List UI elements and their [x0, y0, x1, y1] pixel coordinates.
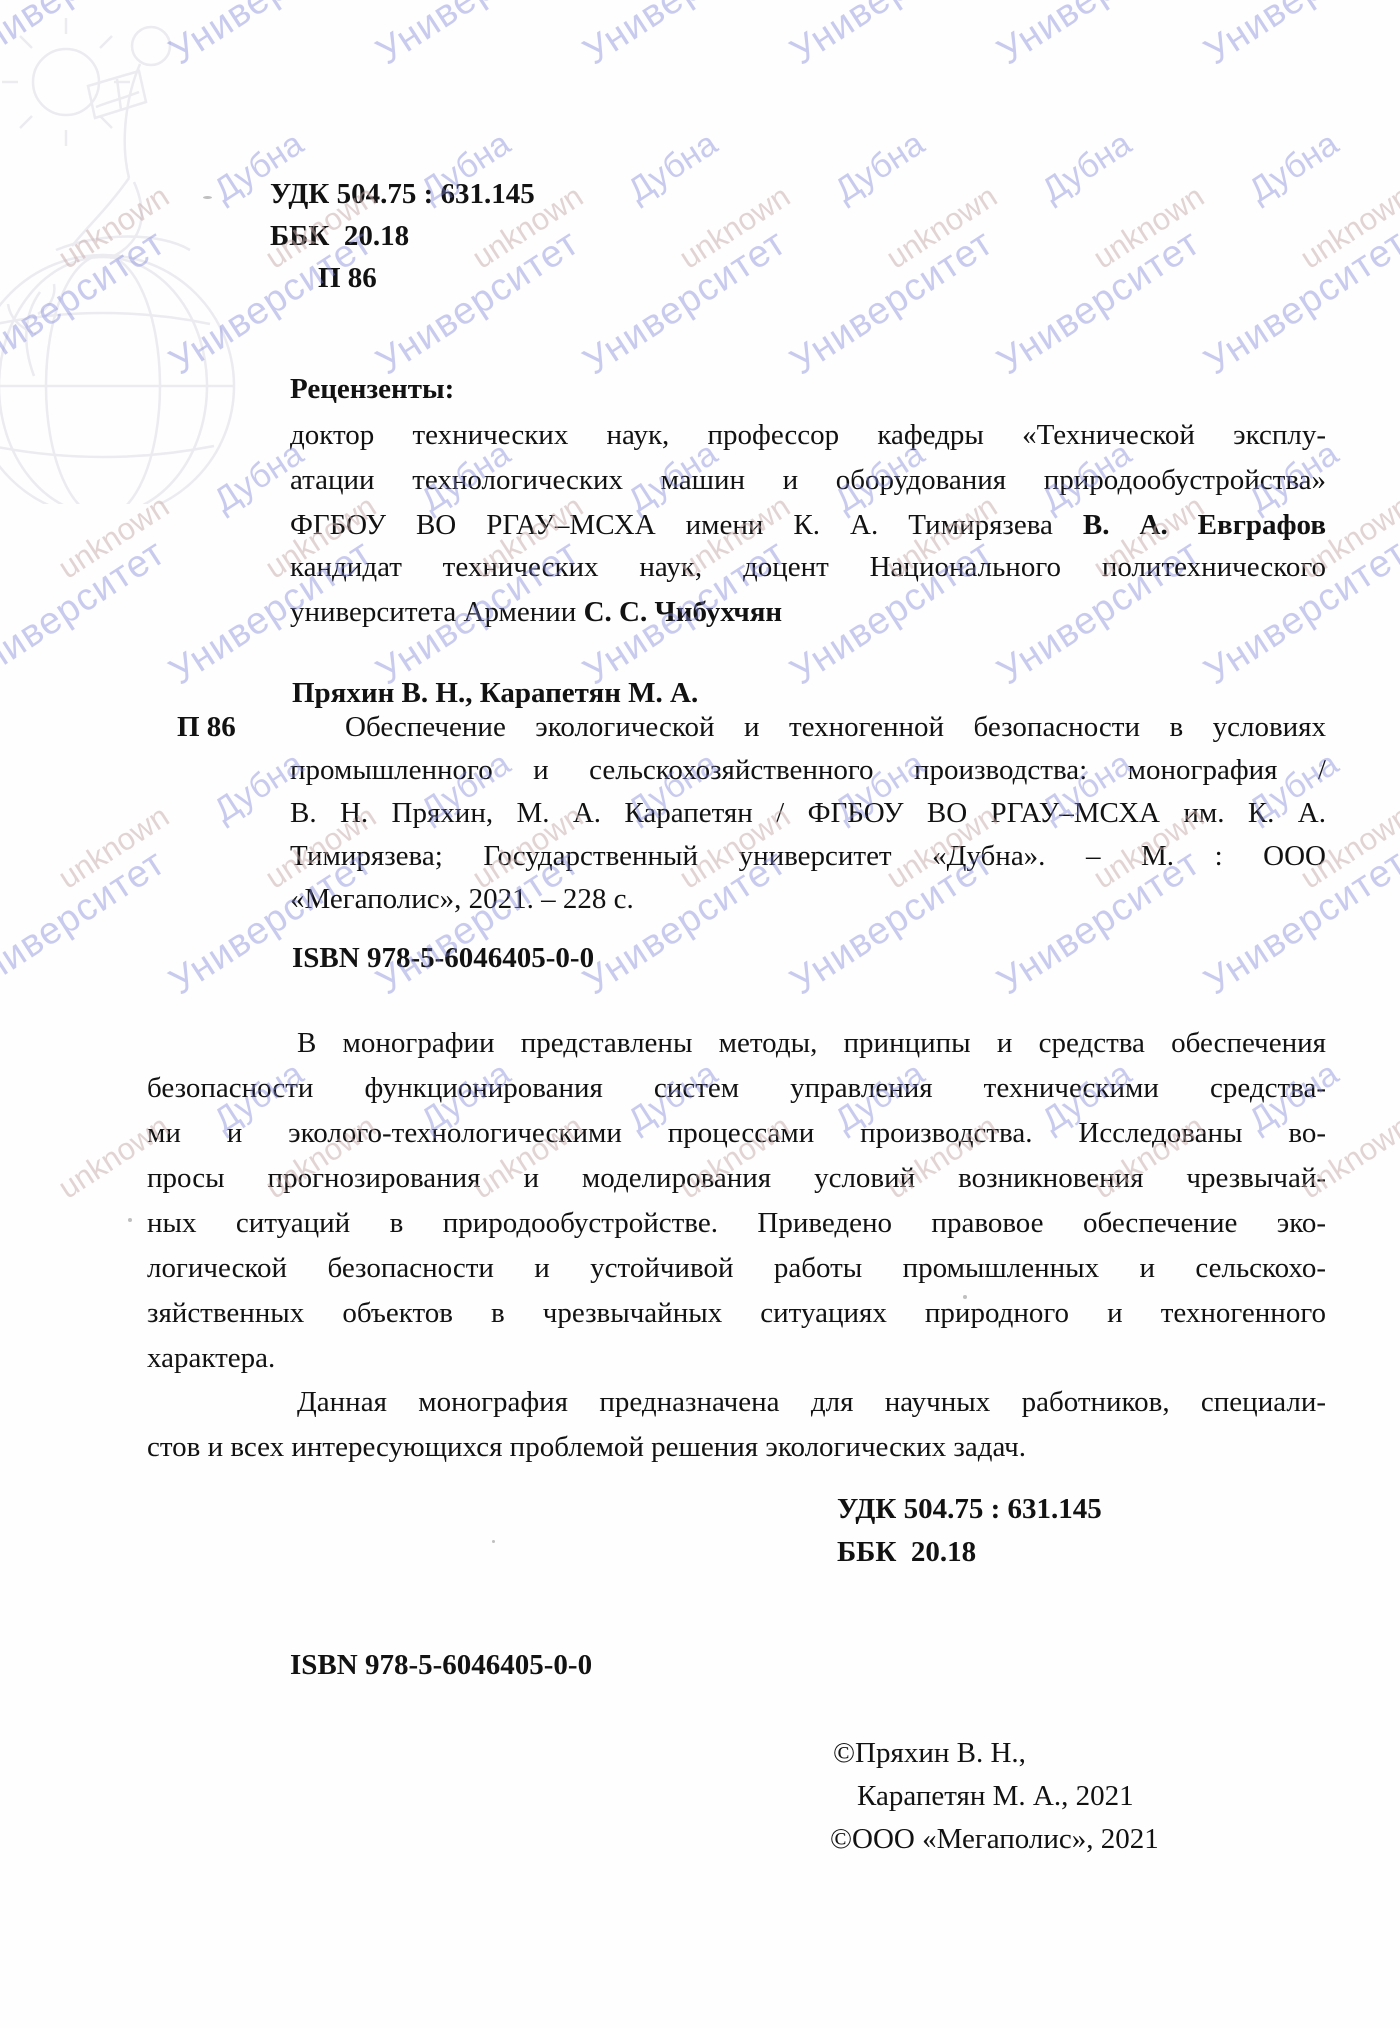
catalog-line: «Мегаполис», 2021. – 228 с. — [290, 882, 1326, 916]
watermark-text: Университет — [783, 0, 1001, 74]
watermark-text: Университет — [576, 222, 794, 385]
watermark-text: Дубна — [828, 124, 932, 210]
watermark-text: Университет — [783, 222, 1001, 385]
abstract-line: логической безопасности и устойчивой раб… — [147, 1251, 1326, 1285]
watermark-text: Университет — [369, 0, 587, 74]
abstract-line: зяйственных объектов в чрезвычайных ситу… — [147, 1296, 1326, 1330]
abstract-line: характера. — [147, 1341, 1326, 1375]
scan-speck — [963, 1295, 967, 1299]
scan-speck — [128, 1218, 132, 1222]
scanned-book-imprint-page: УДК 504.75 : 631.145 ББК 20.18 П 86 Реце… — [0, 0, 1400, 2028]
watermark-text: unknown — [1087, 178, 1211, 276]
abstract-line: ми и эколого-технологическими процессами… — [147, 1116, 1326, 1150]
watermark-text: Университет — [990, 222, 1208, 385]
scan-speck — [492, 1540, 495, 1543]
abstract-line: ных ситуаций в природообустройстве. Прив… — [147, 1206, 1326, 1240]
author-index-card: П 86 — [177, 710, 236, 744]
scan-speck — [203, 196, 212, 199]
copyright-publisher: ©ООО «Мегаполис», 2021 — [830, 1822, 1159, 1856]
catalog-line: В. Н. Пряхин, М. А. Карапетян / ФГБОУ ВО… — [290, 796, 1326, 830]
copyright-author1: ©Пряхин В. Н., — [833, 1736, 1026, 1770]
globe-reader-logo-icon — [0, 0, 278, 504]
watermark-text: unknown — [1294, 178, 1400, 276]
bbk-code-bottom: ББК 20.18 — [837, 1535, 976, 1569]
watermark-text: Университет — [1197, 222, 1400, 385]
abstract-line: Данная монография предназначена для науч… — [147, 1385, 1326, 1419]
catalog-line: Обеспечение экологической и техногенной … — [290, 710, 1326, 744]
watermark-text: unknown — [673, 178, 797, 276]
reviewers-heading: Рецензенты: — [290, 372, 454, 406]
abstract-line: безопасности функционирования систем упр… — [147, 1071, 1326, 1105]
abstract-line: стов и всех интересующихся проблемой реш… — [147, 1430, 1326, 1464]
author-index-top: П 86 — [318, 261, 377, 295]
catalog-line: Тимирязева; Государственный университет … — [290, 839, 1326, 873]
reviewer1-name: В. А. Евграфов — [1083, 509, 1326, 541]
reviewer1-line: доктор технических наук, профессор кафед… — [290, 418, 1326, 452]
scan-speck — [438, 1310, 441, 1313]
reviewer1-line: ФГБОУ ВО РГАУ–МСХА имени К. А. Тимирязев… — [290, 508, 1326, 542]
watermark-text: Университет — [0, 842, 173, 1005]
copyright-author2: Карапетян М. А., 2021 — [857, 1779, 1134, 1813]
bbk-code-top: ББК 20.18 — [270, 219, 409, 253]
abstract-line: просы прогнозирования и моделирования ус… — [147, 1161, 1326, 1195]
reviewer2-line: кандидат технических наук, доцент Национ… — [290, 550, 1326, 584]
watermark-text: Университет — [576, 0, 794, 74]
reviewer2-name: С. С. Чибухчян — [584, 596, 783, 628]
isbn-top: ISBN 978-5-6046405-0-0 — [292, 941, 594, 975]
watermark-text: Университет — [0, 532, 173, 695]
reviewer2-line: университета Армении С. С. Чибухчян — [290, 595, 1326, 629]
watermark-text: Университет — [1197, 0, 1400, 74]
reviewer1-line: атации технологических машин и оборудова… — [290, 463, 1326, 497]
udk-code-top: УДК 504.75 : 631.145 — [270, 177, 535, 211]
watermark-text: unknown — [52, 798, 176, 896]
watermark-text: Дубна — [1242, 124, 1346, 210]
watermark-text: Университет — [990, 0, 1208, 74]
abstract-line: В монографии представлены методы, принци… — [147, 1026, 1326, 1060]
udk-code-bottom: УДК 504.75 : 631.145 — [837, 1492, 1102, 1526]
watermark-text: Дубна — [621, 124, 725, 210]
watermark-text: Дубна — [1035, 124, 1139, 210]
isbn-bottom: ISBN 978-5-6046405-0-0 — [290, 1648, 592, 1682]
authors-heading: Пряхин В. Н., Карапетян М. А. — [292, 676, 698, 710]
catalog-line: промышленного и сельскохозяйственного пр… — [290, 753, 1326, 787]
watermark-text: unknown — [880, 178, 1004, 276]
